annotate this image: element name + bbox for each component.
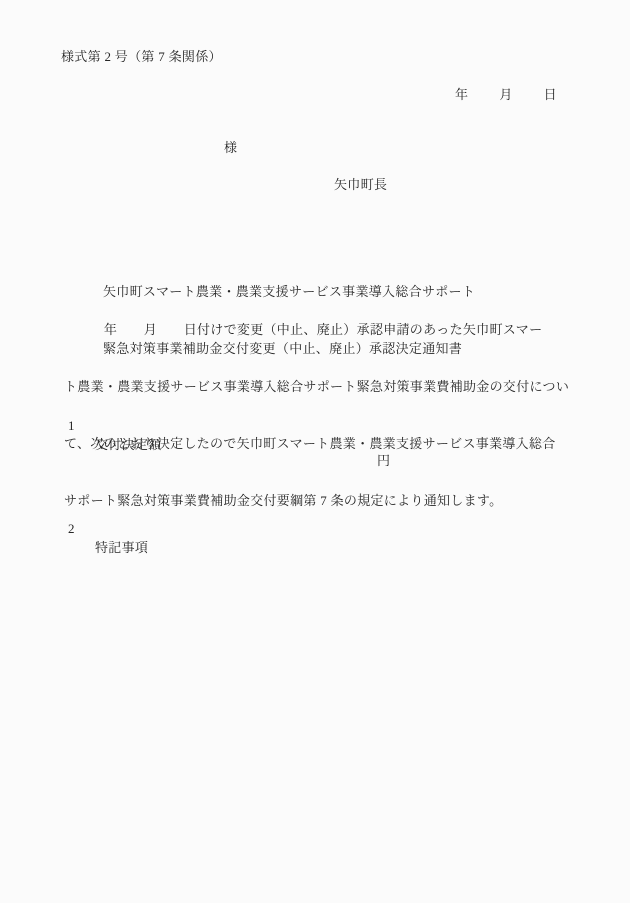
- item-grant-decision-amount: 1 交付決定額 円: [0, 402, 630, 420]
- sender-title: 矢巾町長: [334, 174, 387, 193]
- document-page: 様式第 2 号（第 7 条関係） 年 月 日 様 矢巾町長 矢巾町スマート農業・…: [0, 0, 630, 903]
- addressee-honorific: 様: [224, 137, 237, 156]
- item-number: 1: [68, 418, 75, 434]
- item-label: 特記事項: [95, 537, 148, 556]
- body-line-2: ト農業・農業支援サービス事業導入総合サポート緊急対策事業費補助金の交付につい: [64, 377, 569, 396]
- item-unit-yen: 円: [377, 450, 390, 469]
- date-line: 年 月 日: [455, 84, 557, 103]
- body-line-1: 年 月 日付けで変更（中止、廃止）承認申請のあった矢巾町スマー: [64, 320, 569, 339]
- month-label: 月: [499, 84, 512, 103]
- day-label: 日: [544, 84, 557, 103]
- item-label: 交付決定額: [95, 434, 162, 453]
- item-number: 2: [68, 521, 75, 537]
- year-label: 年: [455, 84, 468, 103]
- item-special-notes: 2 特記事項: [0, 505, 630, 523]
- form-number: 様式第 2 号（第 7 条関係）: [61, 46, 222, 65]
